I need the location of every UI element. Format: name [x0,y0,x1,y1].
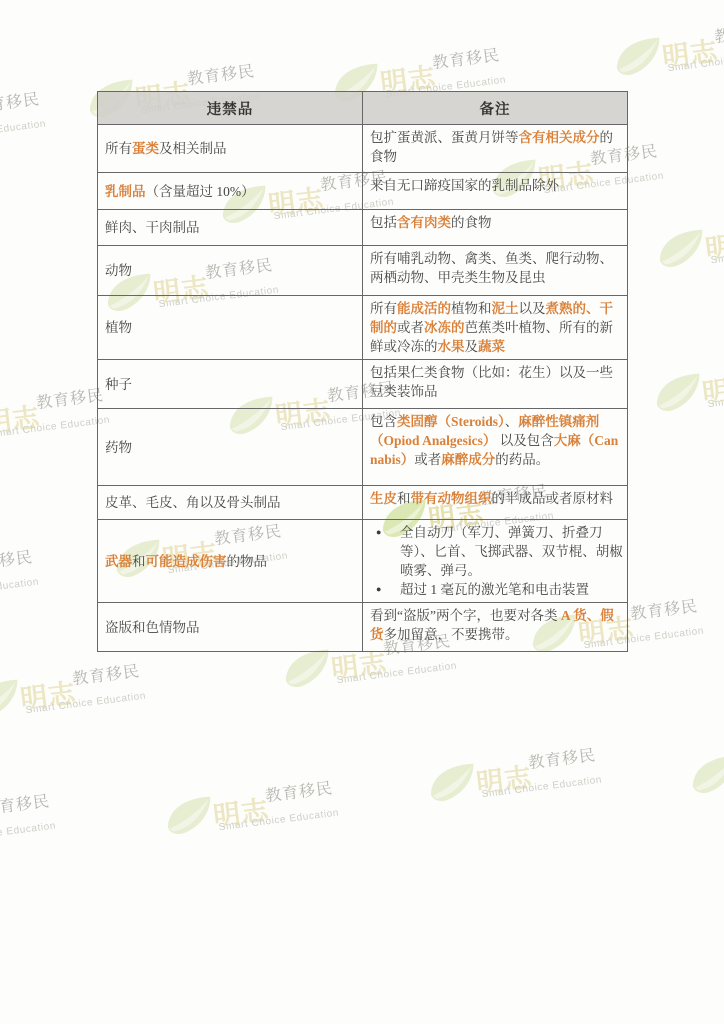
brand-watermark: 明志教育移民Smart Choice Education [423,736,625,817]
watermark-brand-zh2: 教育移民 [0,86,41,117]
prohibited-item-cell: 乳制品（含量超过 10%） [98,173,363,210]
table-row: 动物所有哺乳动物、禽类、鱼类、爬行动物、两栖动物、甲壳类生物及昆虫 [98,246,628,296]
text: 植物和 [451,301,492,316]
highlighted-text: 乳制品 [105,184,146,199]
watermark-brand-en: Smart Choice Education [481,775,602,801]
column-header-remarks: 备注 [363,92,628,125]
brand-watermark: 明志教育移民Smart Choice Education [649,346,724,427]
text: 植物 [105,320,132,335]
text: 及相关制品 [159,141,227,156]
prohibited-item-cell: 植物 [98,296,363,360]
watermark-brand-en: Smart Choice Education [336,661,457,687]
watermark-brand-zh2: 教育移民 [35,382,105,413]
watermark-brand-zh2: 教育移民 [186,58,256,89]
watermark-brand-zh2: 教育移民 [527,742,597,773]
watermark-brand-zh: 明志 [18,671,78,717]
remark-cell: 包扩蛋黄派、蛋黄月饼等含有相关成分的食物 [363,125,628,173]
highlighted-text: 含有相关成分 [519,130,600,145]
brand-watermark: 明志教育移民Smart Choice Education [0,538,62,619]
watermark-brand-en: Smart Choice Education [0,415,111,441]
table-body: 所有蛋类及相关制品包扩蛋黄派、蛋黄月饼等含有相关成分的食物乳制品（含量超过 10… [98,125,628,652]
text: 以及 [519,301,546,316]
remark-cell: 生皮和带有动物组织的半成品或者原材料 [363,486,628,520]
text: 包扩蛋黄派、蛋黄月饼等 [370,130,519,145]
text: 种子 [105,377,132,392]
highlighted-text: 麻醉成分 [441,452,495,467]
watermark-brand-zh2: 教育移民 [264,775,334,806]
bullet-text: 超过 1 毫瓦的激光笔和电击装置 [400,580,623,599]
watermark-brand-zh2: 教育移民 [431,42,501,73]
remark-cell: 来自无口蹄疫国家的乳制品除外 [363,173,628,210]
text: 的物品 [227,554,268,569]
brand-watermark: 明志教育移民Smart Choice Education [160,769,362,850]
remark-cell: 包含类固醇（Steroids）、麻醉性镇痛剂（Opiod Analgesics）… [363,409,628,486]
table-row: 鲜肉、干肉制品包括含有肉类的食物 [98,210,628,246]
table-row: 武器和可能造成伤害的物品●全自动刀（军刀、弹簧刀、折叠刀等）、匕首、飞掷武器、双… [98,520,628,603]
highlighted-text: 带有动物组织 [411,491,492,506]
watermark-brand-zh: 明志 [703,221,724,267]
leaf-icon [650,368,707,418]
table-header: 违禁品 备注 [98,92,628,125]
brand-watermark: 明志教育移民Smart Choice Education [0,782,79,863]
text: 包含 [370,414,397,429]
highlighted-text: 含有肉类 [397,215,451,230]
prohibited-item-cell: 所有蛋类及相关制品 [98,125,363,173]
text: 所有 [370,301,397,316]
leaf-icon [424,758,481,808]
watermark-brand-en: Smart Choice Education [218,808,339,834]
watermark-brand-zh: 明志 [0,395,42,441]
table-row: 所有蛋类及相关制品包扩蛋黄派、蛋黄月饼等含有相关成分的食物 [98,125,628,173]
text: 包括 [370,215,397,230]
brand-watermark: 明志教育移民Smart Choice Education [685,728,724,809]
text: 以及包含 [496,433,553,448]
table-row: 药物包含类固醇（Steroids）、麻醉性镇痛剂（Opiod Analgesic… [98,409,628,486]
watermark-brand-zh: 明志 [660,29,720,75]
text: 所有哺乳动物、禽类、鱼类、爬行动物、两栖动物、甲壳类生物及昆虫 [370,251,613,285]
bullet-line: ●超过 1 毫瓦的激光笔和电击装置 [370,580,623,599]
highlighted-text: 水果 [438,339,465,354]
text: 及 [465,339,479,354]
prohibited-item-cell: 皮革、毛皮、角以及骨头制品 [98,486,363,520]
watermark-brand-zh2: 教育移民 [629,593,699,624]
bullet-icon: ● [370,523,400,580]
watermark-brand-en: Smart Choice Education [667,49,724,75]
bullet-text: 全自动刀（军刀、弹簧刀、折叠刀等）、匕首、飞掷武器、双节棍、胡椒喷雾、弹弓。 [400,523,623,580]
highlighted-text: 蛋类 [132,141,159,156]
prohibited-items-table: 违禁品 备注 所有蛋类及相关制品包扩蛋黄派、蛋黄月饼等含有相关成分的食物乳制品（… [97,91,628,652]
watermark-brand-en: Smart Choice Education [0,119,47,145]
highlighted-text: 类固醇（Steroids） [397,414,505,429]
text: （含量超过 10%） [146,184,255,199]
prohibited-item-cell: 动物 [98,246,363,296]
watermark-brand-en: Smart Choice Education [25,691,146,717]
document-page: 明志教育移民Smart Choice Education明志教育移民Smart … [0,0,724,1024]
prohibited-item-cell: 种子 [98,360,363,409]
highlighted-text: 武器 [105,554,132,569]
text: 鲜肉、干肉制品 [105,220,200,235]
text: 包括果仁类食物（比如：花生）以及一些豆类装饰品 [370,365,613,399]
bullet-line: ●全自动刀（军刀、弹簧刀、折叠刀等）、匕首、飞掷武器、双节棍、胡椒喷雾、弹弓。 [370,523,623,580]
text: 多加留意，不要携带。 [384,627,519,642]
watermark-brand-zh2: 教育移民 [0,544,34,575]
text: 盗版和色情物品 [105,620,200,635]
prohibited-item-cell: 盗版和色情物品 [98,603,363,652]
watermark-brand-zh: 明志 [211,788,271,834]
table-row: 皮革、毛皮、角以及骨头制品生皮和带有动物组织的半成品或者原材料 [98,486,628,520]
text: 看到“盗版”两个字，也要对各类 [370,608,561,623]
leaf-icon [0,674,25,724]
text: 和 [397,491,411,506]
remark-cell: 所有能成活的植物和泥土以及煮熟的、干制的或者冰冻的芭蕉类叶植物、所有的新鲜或冷冻… [363,296,628,360]
watermark-brand-en: Smart Choice Education [0,821,57,847]
highlighted-text: 蔬菜 [478,339,505,354]
bullet-icon: ● [370,580,400,599]
highlighted-text: 生皮 [370,491,397,506]
text: 的半成品或者原材料 [492,491,614,506]
leaf-icon [161,791,218,841]
table-row: 盗版和色情物品看到“盗版”两个字，也要对各类 A 货、假货多加留意，不要携带。 [98,603,628,652]
prohibited-item-cell: 药物 [98,409,363,486]
brand-watermark: 明志教育移民Smart Choice Education [0,80,69,161]
prohibited-item-cell: 武器和可能造成伤害的物品 [98,520,363,603]
table-row: 种子包括果仁类食物（比如：花生）以及一些豆类装饰品 [98,360,628,409]
text: 药物 [105,440,132,455]
brand-watermark: 明志教育移民Smart Choice Education [0,652,169,733]
highlighted-text: 可能造成伤害 [146,554,227,569]
watermark-brand-zh: 明志 [700,365,724,411]
watermark-brand-en: Smart Choice Education [707,385,724,411]
watermark-brand-zh2: 教育移民 [71,658,141,689]
highlighted-text: 冰冻的 [424,320,465,335]
text: 来自无口蹄疫国家的乳制品除外 [370,178,559,193]
remark-cell: ●全自动刀（军刀、弹簧刀、折叠刀等）、匕首、飞掷武器、双节棍、胡椒喷雾、弹弓。●… [363,520,628,603]
table-row: 植物所有能成活的植物和泥土以及煮熟的、干制的或者冰冻的芭蕉类叶植物、所有的新鲜或… [98,296,628,360]
watermark-brand-zh: 明志 [474,755,534,801]
leaf-icon [653,224,710,274]
text: 动物 [105,263,132,278]
text: 的食物 [451,215,492,230]
column-header-prohibited-items: 违禁品 [98,92,363,125]
table-row: 乳制品（含量超过 10%）来自无口蹄疫国家的乳制品除外 [98,173,628,210]
text: 全自动刀（军刀、弹簧刀、折叠刀等）、匕首、飞掷武器、双节棍、胡椒喷雾、弹弓。 [400,525,623,578]
watermark-brand-zh2: 教育移民 [0,788,51,819]
text: 所有 [105,141,132,156]
text: 、 [505,414,519,429]
watermark-brand-en: Smart Choice Education [710,241,724,267]
prohibited-item-cell: 鲜肉、干肉制品 [98,210,363,246]
brand-watermark: 明志教育移民Smart Choice Education [652,202,724,283]
watermark-brand-en: Smart Choice Education [0,577,40,603]
highlighted-text: 能成活的 [397,301,451,316]
remark-cell: 看到“盗版”两个字，也要对各类 A 货、假货多加留意，不要携带。 [363,603,628,652]
text: 或者 [397,320,424,335]
text: 和 [132,554,146,569]
remark-cell: 所有哺乳动物、禽类、鱼类、爬行动物、两栖动物、甲壳类生物及昆虫 [363,246,628,296]
text: 或者 [414,452,441,467]
leaf-icon [610,32,667,82]
highlighted-text: 泥土 [492,301,519,316]
watermark-brand-zh2: 教育移民 [713,16,724,47]
brand-watermark: 明志教育移民Smart Choice Education [609,10,724,91]
text: 的药品。 [495,452,549,467]
remark-cell: 包括含有肉类的食物 [363,210,628,246]
remark-cell: 包括果仁类食物（比如：花生）以及一些豆类装饰品 [363,360,628,409]
leaf-icon [686,750,724,800]
text: 超过 1 毫瓦的激光笔和电击装置 [400,582,589,597]
text: 皮革、毛皮、角以及骨头制品 [105,495,281,510]
